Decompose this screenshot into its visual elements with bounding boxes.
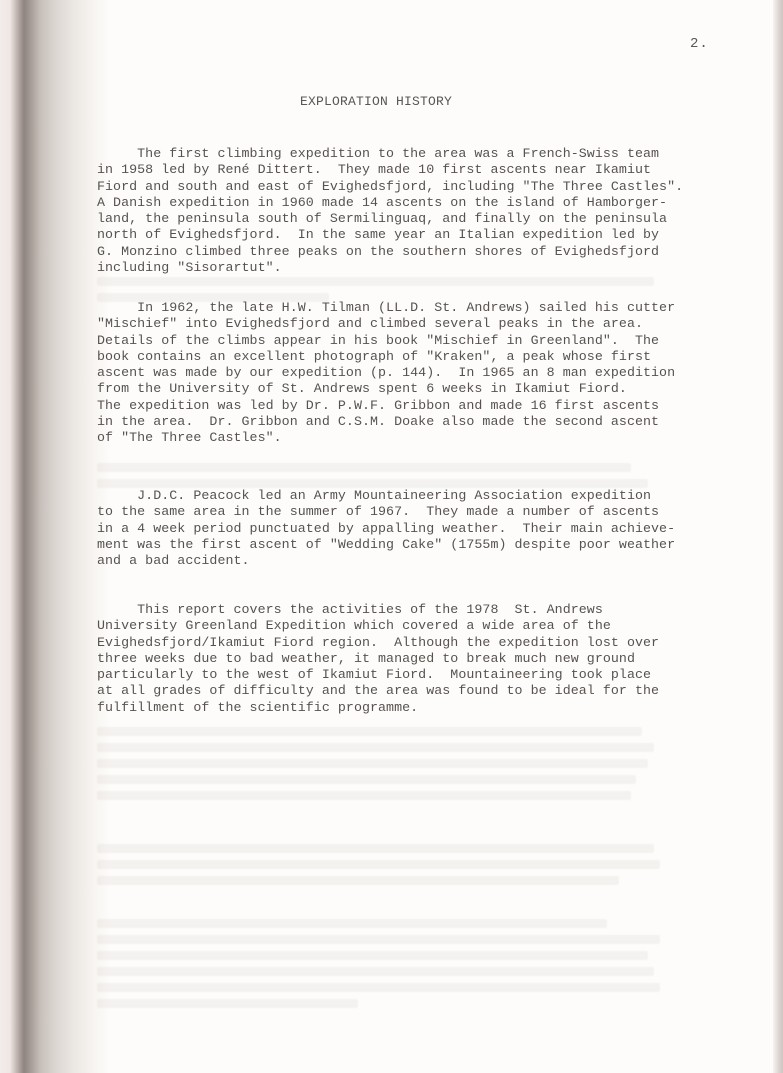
text-line: This report covers the activities of the… (97, 602, 697, 618)
text-line: in 1958 led by René Dittert. They made 1… (97, 162, 697, 178)
text-line: north of Evighedsfjord. In the same year… (97, 227, 697, 243)
paragraph-early-expeditions: The first climbing expedition to the are… (97, 146, 697, 276)
paragraph-report-scope: This report covers the activities of the… (97, 602, 697, 716)
text-line: in the area. Dr. Gribbon and C.S.M. Doak… (97, 414, 697, 430)
text-line: Evighedsfjord/Ikamiut Fiord region. Alth… (97, 635, 697, 651)
text-line: University Greenland Expedition which co… (97, 618, 697, 634)
text-line: The first climbing expedition to the are… (97, 146, 697, 162)
text-line: Details of the climbs appear in his book… (97, 333, 697, 349)
bleed-through-bottom (97, 720, 677, 1015)
text-line: land, the peninsula south of Sermilingua… (97, 211, 697, 227)
bleed-through-middle (97, 440, 677, 495)
text-line: G. Monzino climbed three peaks on the so… (97, 244, 697, 260)
paragraph-peacock-expedition: J.D.C. Peacock led an Army Mountaineerin… (97, 488, 697, 569)
text-line: The expedition was led by Dr. P.W.F. Gri… (97, 398, 697, 414)
text-line: book contains an excellent photograph of… (97, 349, 697, 365)
text-line: Fiord and south and east of Evighedsfjor… (97, 179, 697, 195)
page-right-edge (773, 0, 783, 1073)
section-title: EXPLORATION HISTORY (300, 94, 452, 109)
text-line: to the same area in the summer of 1967. … (97, 504, 697, 520)
text-line: in a 4 week period punctuated by appalli… (97, 521, 697, 537)
page-number: 2. (690, 36, 709, 52)
text-line: ascent was made by our expedition (p. 14… (97, 365, 697, 381)
text-line: particularly to the west of Ikamiut Fior… (97, 667, 697, 683)
text-line: "Mischief" into Evighedsfjord and climbe… (97, 316, 697, 332)
text-line: fulfillment of the scientific programme. (97, 700, 697, 716)
paragraph-tilman-and-1965-expedition: In 1962, the late H.W. Tilman (LL.D. St.… (97, 300, 697, 447)
text-line: A Danish expedition in 1960 made 14 asce… (97, 195, 697, 211)
text-line: from the University of St. Andrews spent… (97, 381, 697, 397)
text-line: ment was the first ascent of "Wedding Ca… (97, 537, 697, 553)
text-line: and a bad accident. (97, 553, 697, 569)
book-binding-shadow (0, 0, 110, 1073)
bleed-through-top (97, 270, 677, 309)
text-line: at all grades of difficulty and the area… (97, 683, 697, 699)
text-line: three weeks due to bad weather, it manag… (97, 651, 697, 667)
